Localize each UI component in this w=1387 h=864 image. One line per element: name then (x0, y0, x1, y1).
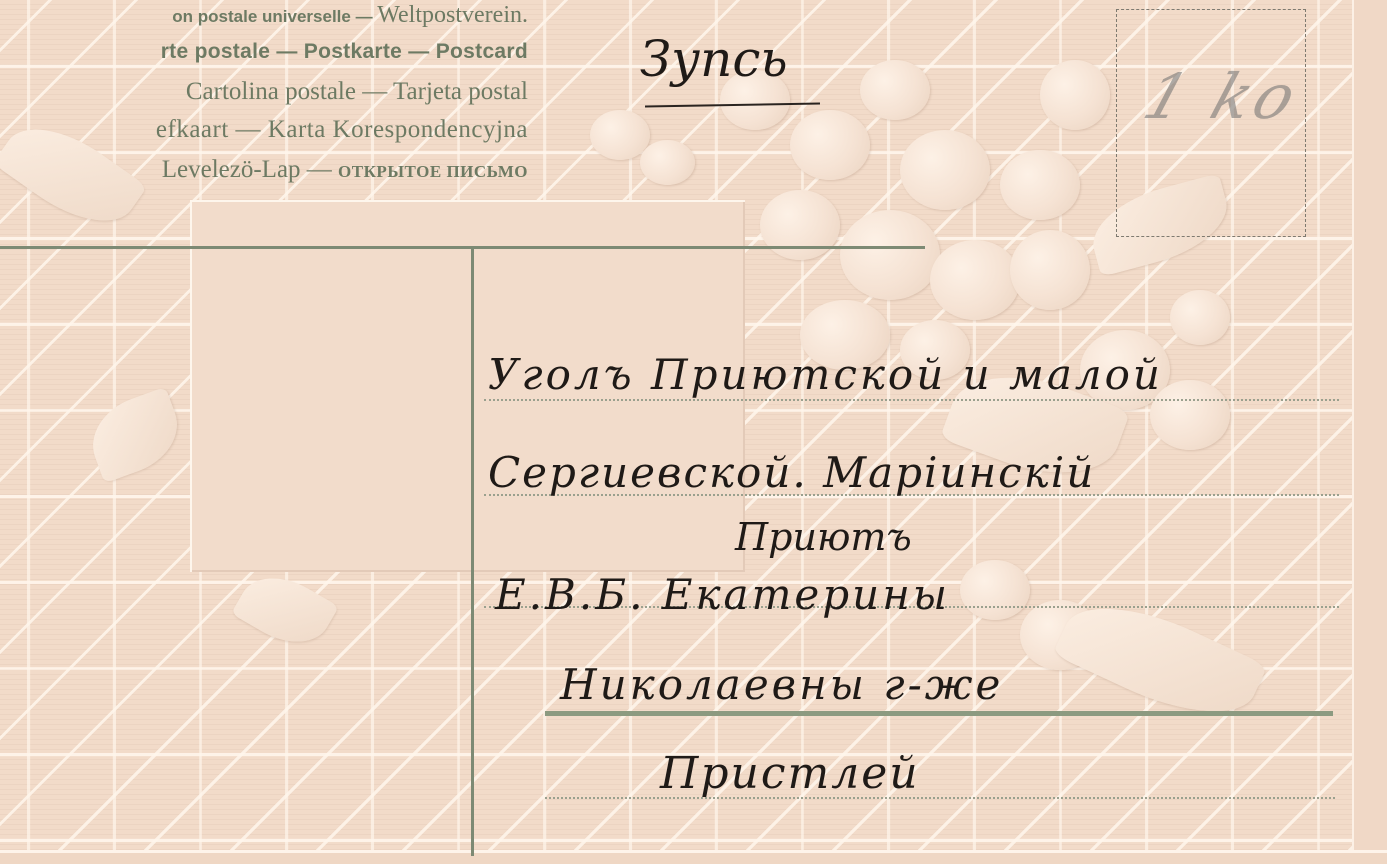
card-right-border (1352, 0, 1387, 864)
address-text-3: Приютъ (735, 515, 912, 559)
address-line-thick (545, 711, 1333, 716)
address-text-1: Уголъ Приютской и малой (488, 350, 1163, 399)
header-line-2: rte postale — Postkarte — Postcard (161, 40, 528, 64)
pencil-mark: 1 ko (1135, 60, 1309, 133)
header-line-1: on postale universelle — Weltpostverein. (172, 2, 528, 29)
address-text-6: Пристлей (660, 748, 920, 799)
stamp-box: 1 ko (1116, 9, 1306, 237)
divider-vertical (471, 248, 474, 856)
postcard: on postale universelle — Weltpostverein.… (0, 0, 1387, 864)
divider-horizontal (0, 246, 925, 249)
address-text-4: Е.В.Б. Екатерины (495, 570, 950, 619)
card-bottom-border (0, 850, 1387, 864)
address-line-1 (484, 399, 1339, 401)
header-line-4: efkaart — Karta Korespondencyjna (156, 116, 528, 144)
header-line-3: Cartolina postale — Tarjeta postal (186, 78, 528, 106)
sender-note: Зупсь (640, 30, 788, 88)
address-text-2: Сергиевской. Маріинскій (488, 448, 1095, 497)
header-line-5: Levelezö-Lap — ОТКРЫТОЕ ПИСЬМО (162, 156, 528, 184)
address-text-5: Николаевны г-же (560, 660, 1003, 709)
